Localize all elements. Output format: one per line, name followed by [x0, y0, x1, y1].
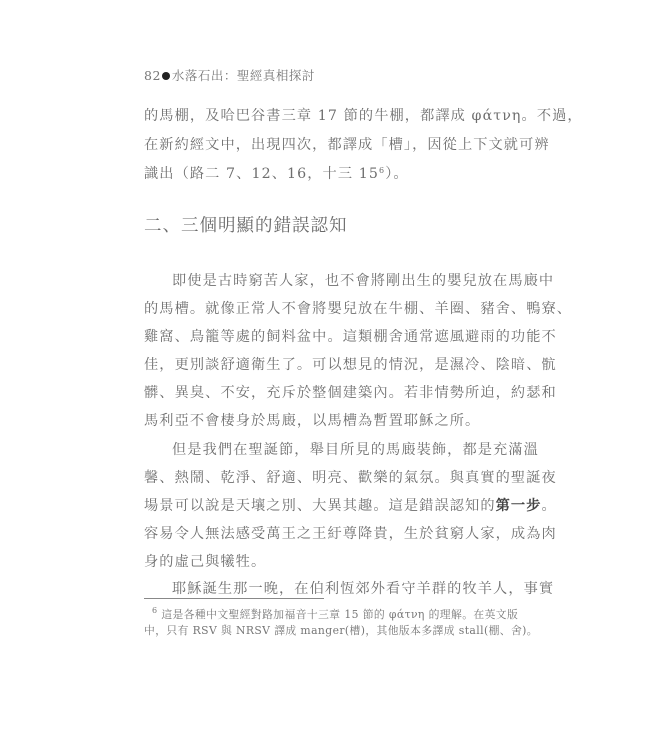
p1-line-3: 雞窩、鳥籠等處的飼料盆中。這類棚舍通常遮風避雨的功能不 [144, 326, 557, 346]
book-title: 水落石出：聖經真相探討 [172, 68, 315, 83]
intro-line-1: 的馬棚，及哈巴谷書三章 17 節的牛棚，都譯成 φάτνη。不過， [144, 105, 583, 125]
intro-line-3-text: 識出（路二 7、12、16，十三 15 [144, 166, 379, 182]
p2-line-3-tail: 。 [542, 498, 557, 514]
p2-line-3: 場景可以說是天壤之別、大異其趣。這是錯誤認知的第一步。 [144, 495, 557, 515]
running-head: 82水落石出：聖經真相探討 [144, 66, 315, 84]
p1-line-5: 髒、異臭、不安，充斥於整個建築內。若非情勢所迫，約瑟和 [144, 382, 557, 402]
p1-line-2: 的馬槽。就像正常人不會將嬰兒放在牛棚、羊圈、豬舍、鴨寮、 [144, 298, 572, 318]
p2-line-4: 容易令人無法感受萬王之王紆尊降貴，生於貧窮人家，成為肉 [144, 523, 557, 543]
footnote-text-1: 這是各種中文聖經對路加福音十三章 15 節的 φάτνη 的理解。在英文版 [161, 608, 518, 621]
p2-line-5: 身的虛己與犧牲。 [144, 551, 266, 571]
footnote-line-2: 中，只有 RSV 與 NRSV 譯成 manger(槽)，其他版本多譯成 sta… [144, 623, 538, 638]
bullet-dot-icon [162, 72, 170, 80]
p1-line-1: 即使是古時窮苦人家，也不會將剛出生的嬰兒放在馬廄中 [172, 270, 554, 290]
section-heading: 二、三個明顯的錯誤認知 [144, 212, 348, 237]
p2-line-3-text: 場景可以說是天壤之別、大異其趣。這是錯誤認知的 [144, 498, 496, 514]
p1-line-4: 佳，更別談舒適衛生了。可以想見的情況，是濕冷、陰暗、骯 [144, 354, 557, 374]
emphasis-first-step: 第一步 [496, 498, 542, 514]
footnote-number: 6 [152, 606, 158, 615]
page-number: 82 [144, 68, 161, 83]
p1-line-6: 馬利亞不會棲身於馬廄，以馬槽為暫置耶穌之所。 [144, 410, 480, 430]
footnote-divider [144, 598, 324, 599]
intro-line-3-tail: ）。 [385, 166, 408, 182]
intro-line-3: 識出（路二 7、12、16，十三 156）。 [144, 163, 409, 183]
p3-line-1: 耶穌誕生那一晚，在伯利恆郊外看守羊群的牧羊人，事實 [172, 578, 554, 598]
p2-line-1: 但是我們在聖誕節，舉目所見的馬廄裝飾，都是充滿溫 [172, 439, 539, 459]
p2-line-2: 馨、熱鬧、乾淨、舒適、明亮、歡樂的氣氛。與真實的聖誕夜 [144, 467, 557, 487]
intro-line-2: 在新約經文中，出現四次，都譯成「槽」，因從上下文就可辨 [144, 134, 550, 154]
footnote-line-1: 6 這是各種中文聖經對路加福音十三章 15 節的 φάτνη 的理解。在英文版 [152, 606, 518, 622]
